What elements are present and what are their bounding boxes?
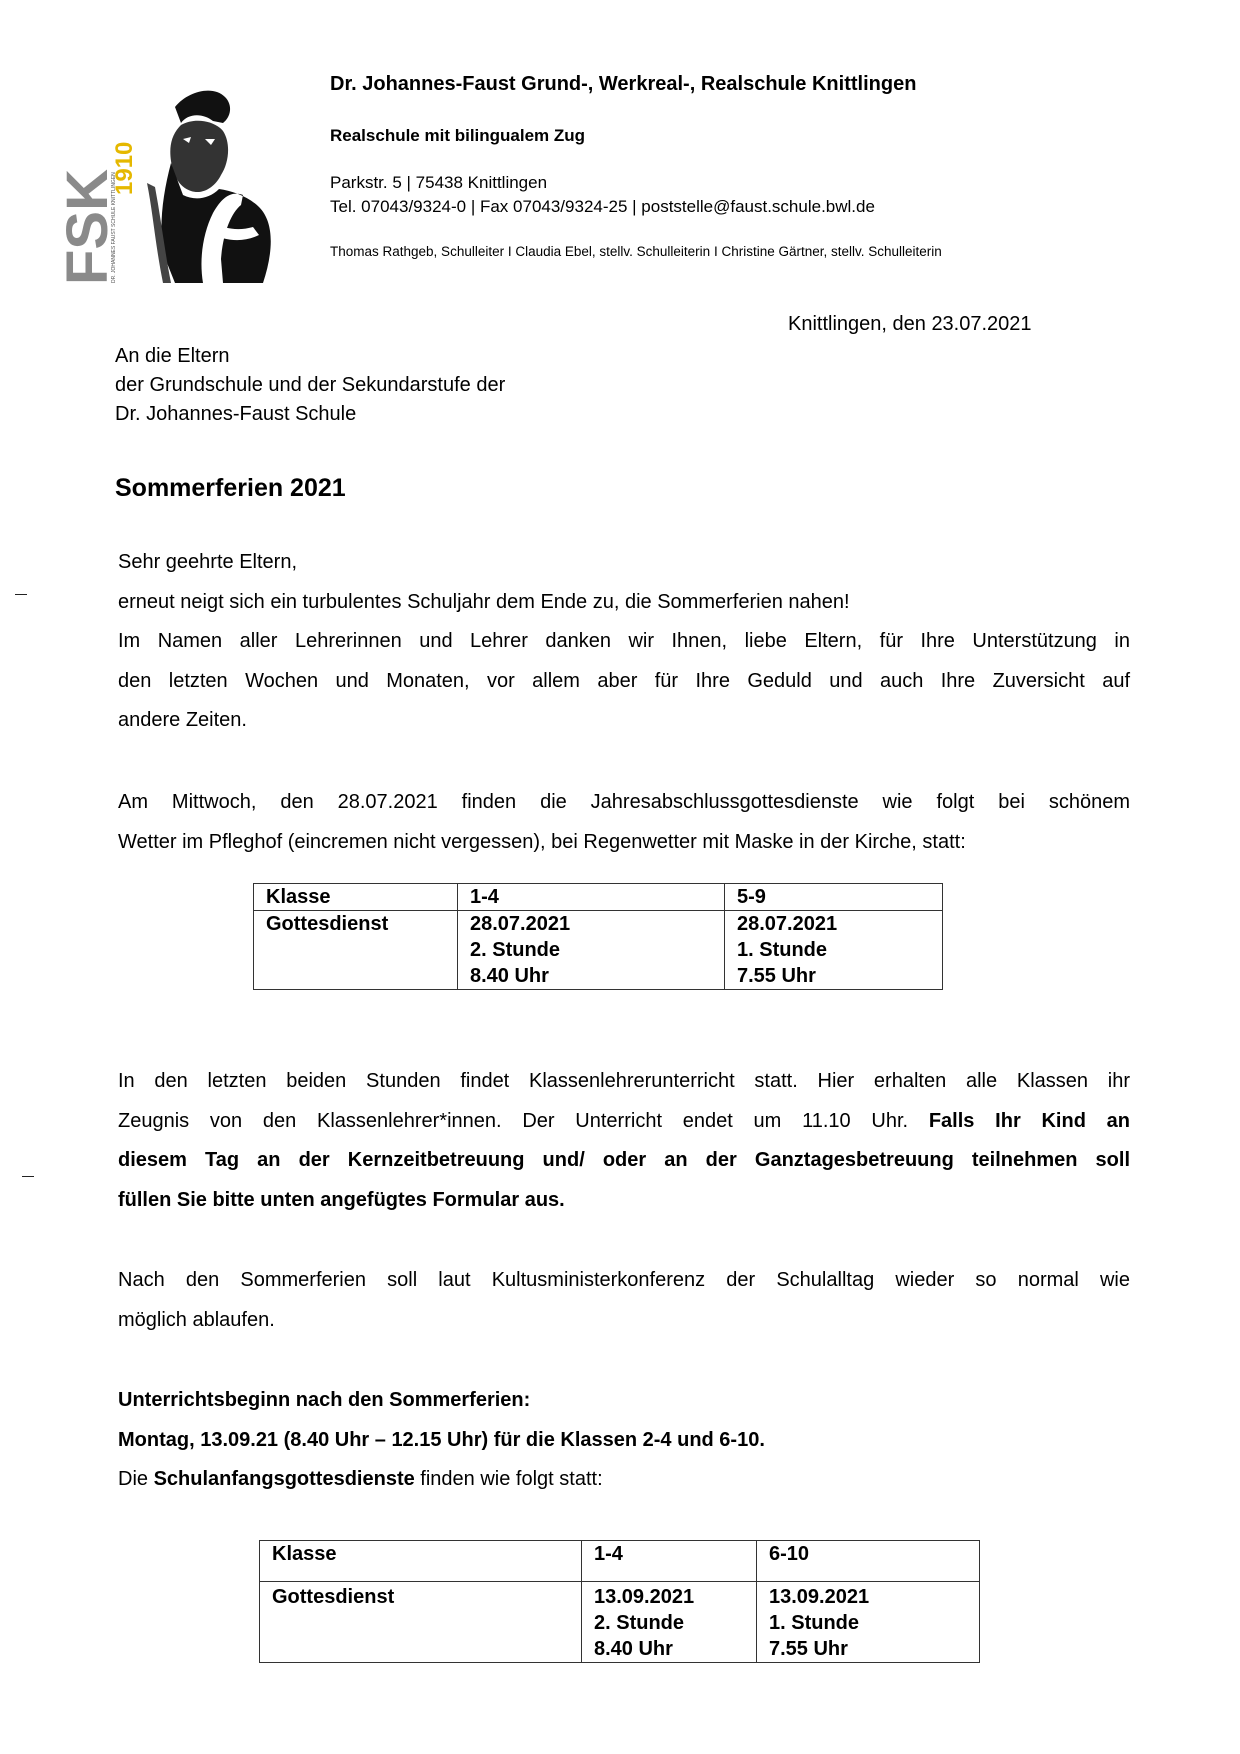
table-header-cell: Klasse	[254, 884, 458, 911]
last-day-paragraph: In den letzten beiden Stunden findet Kla…	[118, 1062, 1130, 1220]
table-cell: Gottesdienst	[254, 911, 458, 990]
table-cell: 13.09.2021 1. Stunde 7.55 Uhr	[757, 1582, 980, 1663]
paragraph-line: möglich ablaufen.	[118, 1301, 1130, 1341]
paragraph-line: Nach den Sommerferien soll laut Kultusmi…	[118, 1261, 1130, 1301]
text-run: finden wie folgt statt:	[420, 1468, 602, 1490]
table-header-cell: 1-4	[582, 1541, 757, 1582]
text-run: Zeugnis von den Klassenlehrer*innen. Der…	[118, 1110, 908, 1132]
school-subtitle: Realschule mit bilingualem Zug	[330, 126, 585, 146]
table-cell: 13.09.2021 2. Stunde 8.40 Uhr	[582, 1582, 757, 1663]
paragraph-line: Im Namen aller Lehrerinnen und Lehrer da…	[118, 622, 1130, 662]
paragraph-line: Wetter im Pfleghof (eincremen nicht verg…	[118, 823, 1130, 863]
cell-time: 8.40 Uhr	[470, 963, 712, 989]
recipient-line: An die Eltern	[115, 342, 505, 371]
text-run-bold: Schulanfangsgottesdienste	[154, 1468, 415, 1490]
margin-mark	[15, 594, 27, 595]
cell-time: 7.55 Uhr	[737, 963, 930, 989]
cell-date: 13.09.2021	[769, 1584, 967, 1610]
cell-period: 2. Stunde	[594, 1610, 744, 1636]
salutation: Sehr geehrte Eltern,	[118, 543, 1130, 583]
table-header-row: Klasse 1-4 5-9	[254, 884, 943, 911]
paragraph-line: füllen Sie bitte unten angefügtes Formul…	[118, 1181, 1130, 1221]
letter-date: Knittlingen, den 23.07.2021	[788, 313, 1032, 336]
paragraph-line: Zeugnis von den Klassenlehrer*innen. Der…	[118, 1102, 1130, 1142]
logo-year: 1910	[111, 142, 138, 195]
school-staff: Thomas Rathgeb, Schulleiter I Claudia Eb…	[330, 244, 942, 259]
school-address: Parkstr. 5 | 75438 Knittlingen	[330, 173, 547, 193]
text-run: Die	[118, 1468, 148, 1490]
table-header-cell: Klasse	[260, 1541, 582, 1582]
school-logo: FSK DR. JOHANNES FAUST SCHULE KNITTLINGE…	[63, 83, 291, 288]
cell-time: 8.40 Uhr	[594, 1636, 744, 1662]
start-title: Unterrichtsbeginn nach den Sommerferien:	[118, 1381, 1130, 1421]
recipient-line: der Grundschule und der Sekundarstufe de…	[115, 371, 505, 400]
table-header-cell: 1-4	[458, 884, 725, 911]
table-row: Gottesdienst 13.09.2021 2. Stunde 8.40 U…	[260, 1582, 980, 1663]
service-schedule-table-end-of-year: Klasse 1-4 5-9 Gottesdienst 28.07.2021 2…	[253, 883, 943, 990]
cell-date: 28.07.2021	[737, 911, 930, 937]
recipient-block: An die Eltern der Grundschule und der Se…	[115, 342, 505, 429]
school-start-info: Unterrichtsbeginn nach den Sommerferien:…	[118, 1381, 1130, 1500]
paragraph-line: Am Mittwoch, den 28.07.2021 finden die J…	[118, 783, 1130, 823]
margin-mark	[22, 1176, 34, 1177]
cell-date: 28.07.2021	[470, 911, 712, 937]
school-name: Dr. Johannes-Faust Grund-, Werkreal-, Re…	[330, 73, 916, 96]
text-run-bold: Falls Ihr Kind an	[929, 1110, 1130, 1132]
after-break-paragraph: Nach den Sommerferien soll laut Kultusmi…	[118, 1261, 1130, 1340]
portrait-icon	[147, 91, 271, 283]
start-date-line: Montag, 13.09.21 (8.40 Uhr – 12.15 Uhr) …	[118, 1421, 1130, 1461]
faust-portrait-logo-icon: FSK DR. JOHANNES FAUST SCHULE KNITTLINGE…	[63, 83, 291, 288]
intro-paragraph: Sehr geehrte Eltern, erneut neigt sich e…	[118, 543, 1130, 741]
paragraph-line: In den letzten beiden Stunden findet Kla…	[118, 1062, 1130, 1102]
cell-time: 7.55 Uhr	[769, 1636, 967, 1662]
school-contact: Tel. 07043/9324-0 | Fax 07043/9324-25 | …	[330, 197, 875, 217]
cell-period: 1. Stunde	[737, 937, 930, 963]
table-cell: 28.07.2021 2. Stunde 8.40 Uhr	[458, 911, 725, 990]
table-header-cell: 6-10	[757, 1541, 980, 1582]
table-cell: 28.07.2021 1. Stunde 7.55 Uhr	[725, 911, 943, 990]
table-header-row: Klasse 1-4 6-10	[260, 1541, 980, 1582]
cell-period: 2. Stunde	[470, 937, 712, 963]
paragraph-line: Die Schulanfangsgottesdienste finden wie…	[118, 1460, 1130, 1500]
paragraph-line: diesem Tag an der Kernzeitbetreuung und/…	[118, 1141, 1130, 1181]
cell-date: 13.09.2021	[594, 1584, 744, 1610]
service-schedule-table-school-start: Klasse 1-4 6-10 Gottesdienst 13.09.2021 …	[259, 1540, 980, 1663]
paragraph-line: den letzten Wochen und Monaten, vor alle…	[118, 662, 1130, 702]
letter-heading: Sommerferien 2021	[115, 474, 346, 503]
table-cell: Gottesdienst	[260, 1582, 582, 1663]
paragraph-line: erneut neigt sich ein turbulentes Schulj…	[118, 583, 1130, 623]
table-header-cell: 5-9	[725, 884, 943, 911]
paragraph-line: andere Zeiten.	[118, 701, 1130, 741]
cell-period: 1. Stunde	[769, 1610, 967, 1636]
service-paragraph: Am Mittwoch, den 28.07.2021 finden die J…	[118, 783, 1130, 862]
table-row: Gottesdienst 28.07.2021 2. Stunde 8.40 U…	[254, 911, 943, 990]
recipient-line: Dr. Johannes-Faust Schule	[115, 400, 505, 429]
